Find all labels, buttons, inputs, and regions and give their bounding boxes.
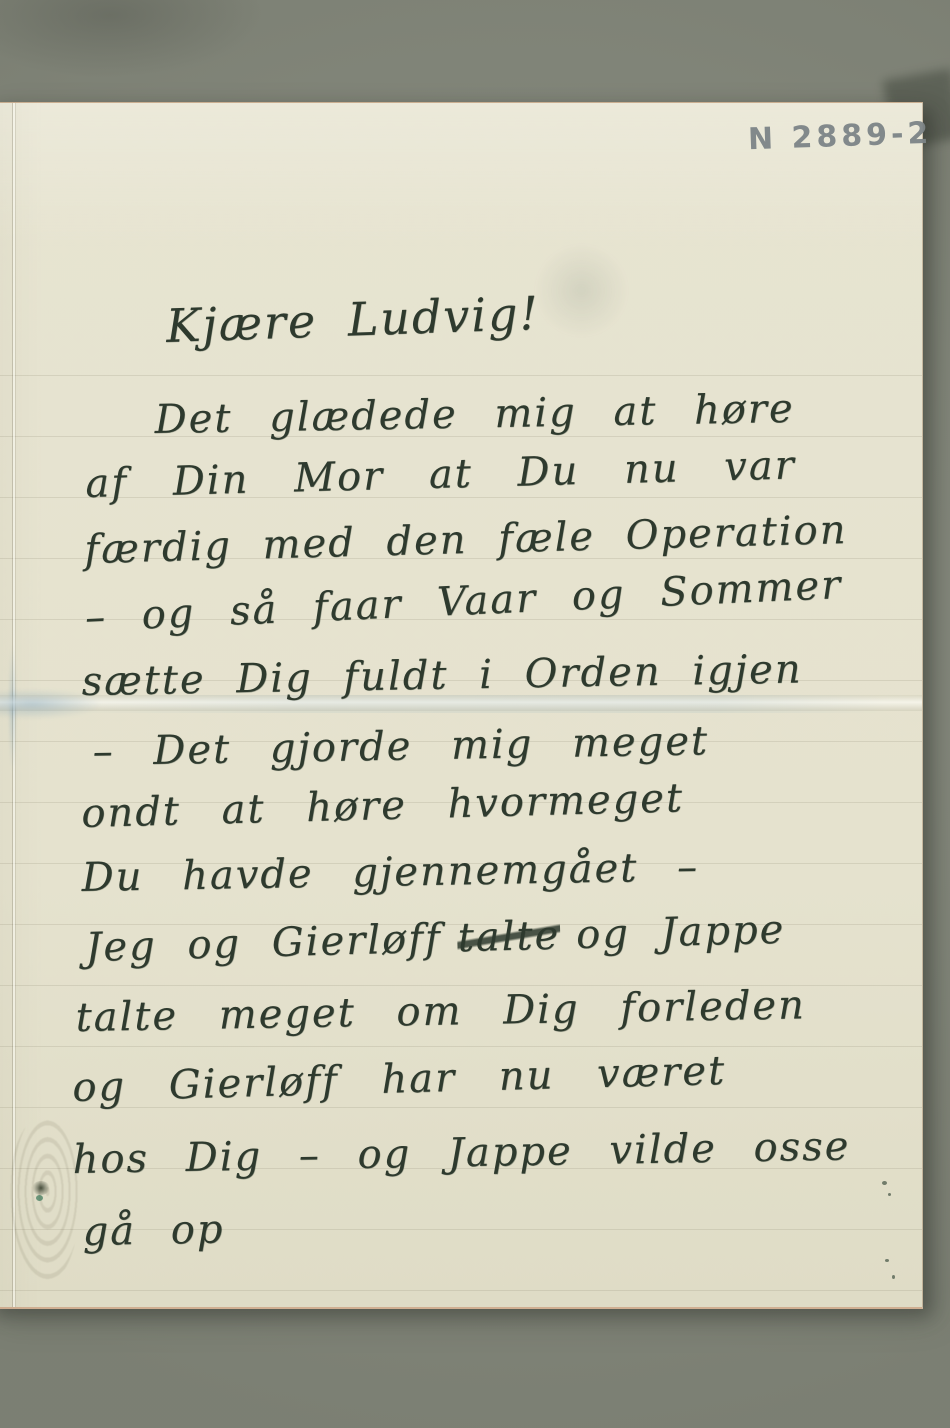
letter-line: talte meget om Dig forleden — [75, 982, 806, 1041]
letter-line: ondt at høre hvormeget — [81, 775, 685, 837]
faint-stain — [534, 243, 629, 338]
letter-line: – Det gjorde mig meget — [92, 718, 709, 775]
letter-line-post: og Jappe — [576, 907, 786, 958]
letter-line-with-strikethrough: Jeg og Gierløfftalteog Jappe — [85, 907, 786, 971]
letter-line: færdig med den fæle Operation — [84, 507, 848, 573]
fingerprint-green-dot — [36, 1195, 43, 1201]
scanned-letter-photo: N 2889-2 Kjære Ludvig! Det glædede mig a… — [0, 0, 950, 1428]
catalog-number-pencil: N 2889-2 — [747, 116, 932, 157]
letter-line: gå op — [82, 1207, 225, 1255]
letter-line: af Din Mor at Du nu var — [85, 442, 797, 507]
fingerprint-smudge — [8, 1115, 80, 1285]
letter-line-pre: Jeg og Gierløff — [85, 916, 443, 971]
fingerprint-ink-blob — [32, 1181, 50, 1195]
letter-line: Du havde gjennemgået – — [81, 844, 699, 901]
letter-line: – og så faar Vaar og Sommer — [84, 562, 843, 641]
salutation-line: Kjære Ludvig! — [165, 286, 541, 353]
letter-line: hos Dig – og Jappe vilde osse — [72, 1123, 851, 1183]
letter-line: og Gierløff har nu været — [72, 1048, 727, 1111]
struck-word: talte — [457, 913, 561, 962]
letter-paper: N 2889-2 Kjære Ludvig! Det glædede mig a… — [0, 102, 923, 1309]
letter-line: Det glædede mig at høre — [154, 386, 795, 443]
